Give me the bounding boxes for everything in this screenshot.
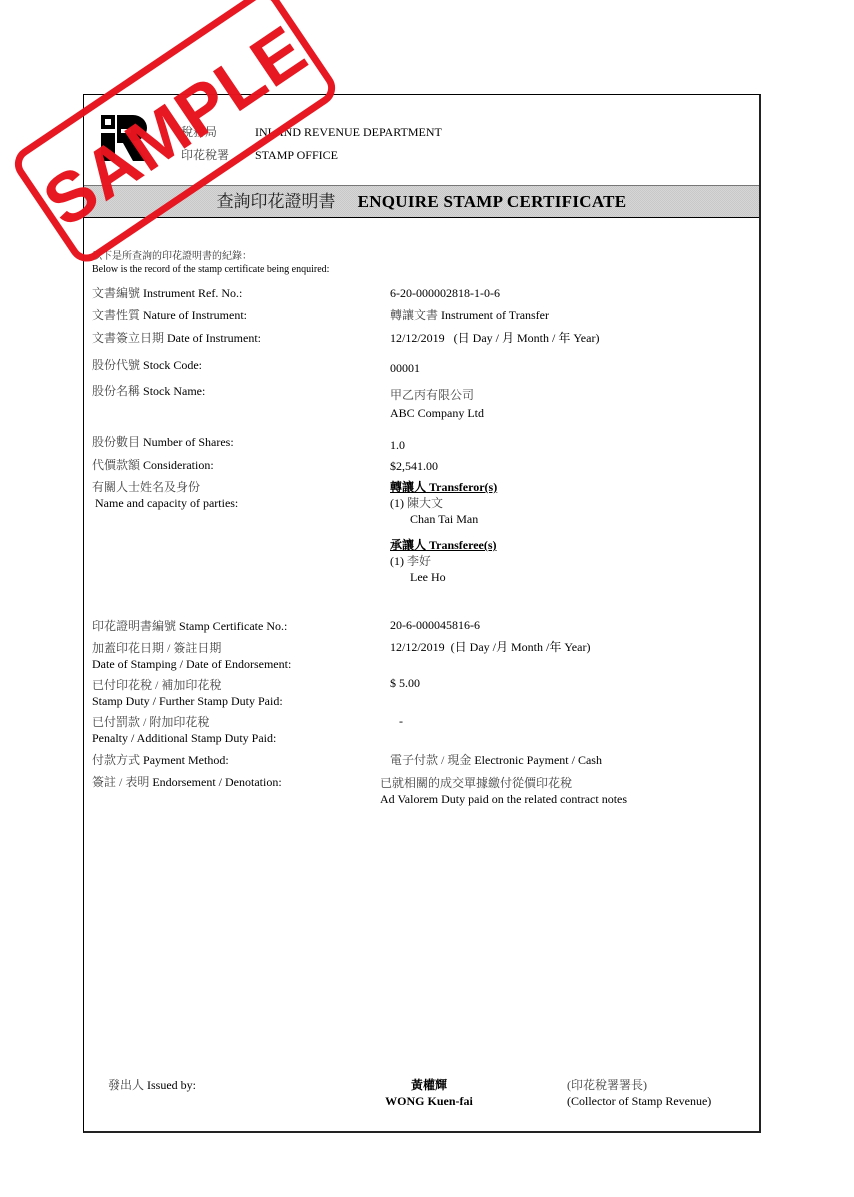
issued-by-label: 發出人 Issued by: xyxy=(108,1077,196,1093)
value-number-of-shares: 1.0 xyxy=(390,436,405,454)
issuer-name: 黃權輝 WONG Kuen-fai xyxy=(384,1077,474,1109)
transferee-entry: (1) 李好 xyxy=(390,553,497,569)
label-date-of-instrument: 文書簽立日期 Date of Instrument: xyxy=(92,330,261,346)
label-nature-of-instrument: 文書性質 Nature of Instrument: xyxy=(92,307,247,323)
transferee-heading: 承讓人 Transferee(s) xyxy=(390,537,497,553)
issuer-title: (印花稅署署長) (Collector of Stamp Revenue) xyxy=(567,1077,711,1109)
label-endorsement: 簽註 / 表明 Endorsement / Denotation: xyxy=(92,774,282,790)
label-stamp-duty-paid: 已付印花稅 / 補加印花稅 Stamp Duty / Further Stamp… xyxy=(92,677,283,709)
label-number-of-shares: 股份數目 Number of Shares: xyxy=(92,434,234,450)
value-consideration: $2,541.00 xyxy=(390,457,438,475)
department-name: 稅務局INLAND REVENUE DEPARTMENT xyxy=(181,123,442,140)
value-penalty: - xyxy=(390,712,403,730)
label-instrument-ref: 文書編號 Instrument Ref. No.: xyxy=(92,285,242,301)
transferor-name-en: Chan Tai Man xyxy=(390,511,497,527)
value-endorsement: 已就相關的成交單據繳付從價印花稅 Ad Valorem Duty paid on… xyxy=(380,775,627,807)
intro-text-en: Below is the record of the stamp certifi… xyxy=(92,264,329,275)
value-nature-of-instrument: 轉讓文書 Instrument of Transfer xyxy=(390,306,549,324)
label-consideration: 代價款額 Consideration: xyxy=(92,457,214,473)
document-title: 查詢印花證明書ENQUIRE STAMP CERTIFICATE xyxy=(84,185,759,218)
value-date-of-stamping: 12/12/2019 (日 Day /月 Month /年 Year) xyxy=(390,638,590,656)
label-stock-code: 股份代號 Stock Code: xyxy=(92,357,202,373)
transferor-heading: 轉讓人 Transferor(s) xyxy=(390,479,497,495)
value-instrument-ref: 6-20-000002818-1-0-6 xyxy=(390,284,500,302)
label-stock-name: 股份名稱 Stock Name: xyxy=(92,383,205,399)
value-date-of-instrument: 12/12/2019 (日 Day / 月 Month / 年 Year) xyxy=(390,329,599,347)
value-stamp-certificate-no: 20-6-000045816-6 xyxy=(390,616,480,634)
value-stock-name: 甲乙丙有限公司 ABC Company Ltd xyxy=(390,386,484,422)
value-stock-code: 00001 xyxy=(390,359,420,377)
transferee-name-en: Lee Ho xyxy=(390,569,497,585)
value-stamp-duty-paid: $ 5.00 xyxy=(390,674,420,692)
office-name: 印花稅署STAMP OFFICE xyxy=(181,146,338,163)
stamp-certificate-document: 稅務局INLAND REVENUE DEPARTMENT 印花稅署STAMP O… xyxy=(83,94,761,1133)
label-stamp-certificate-no: 印花證明書編號 Stamp Certificate No.: xyxy=(92,618,287,634)
ird-logo-icon xyxy=(101,115,149,161)
label-payment-method: 付款方式 Payment Method: xyxy=(92,752,229,768)
label-date-of-stamping: 加蓋印花日期 / 簽註日期 Date of Stamping / Date of… xyxy=(92,640,291,672)
intro-text-zh: 以下是所查詢的印花證明書的紀錄： xyxy=(92,247,252,262)
label-parties: 有關人士姓名及身份 Name and capacity of parties: xyxy=(92,479,238,511)
value-parties: 轉讓人 Transferor(s) (1) 陳大文 Chan Tai Man 承… xyxy=(390,479,497,585)
value-payment-method: 電子付款 / 現金 Electronic Payment / Cash xyxy=(390,751,602,769)
label-penalty: 已付罰款 / 附加印花稅 Penalty / Additional Stamp … xyxy=(92,714,276,746)
transferor-entry: (1) 陳大文 xyxy=(390,495,497,511)
